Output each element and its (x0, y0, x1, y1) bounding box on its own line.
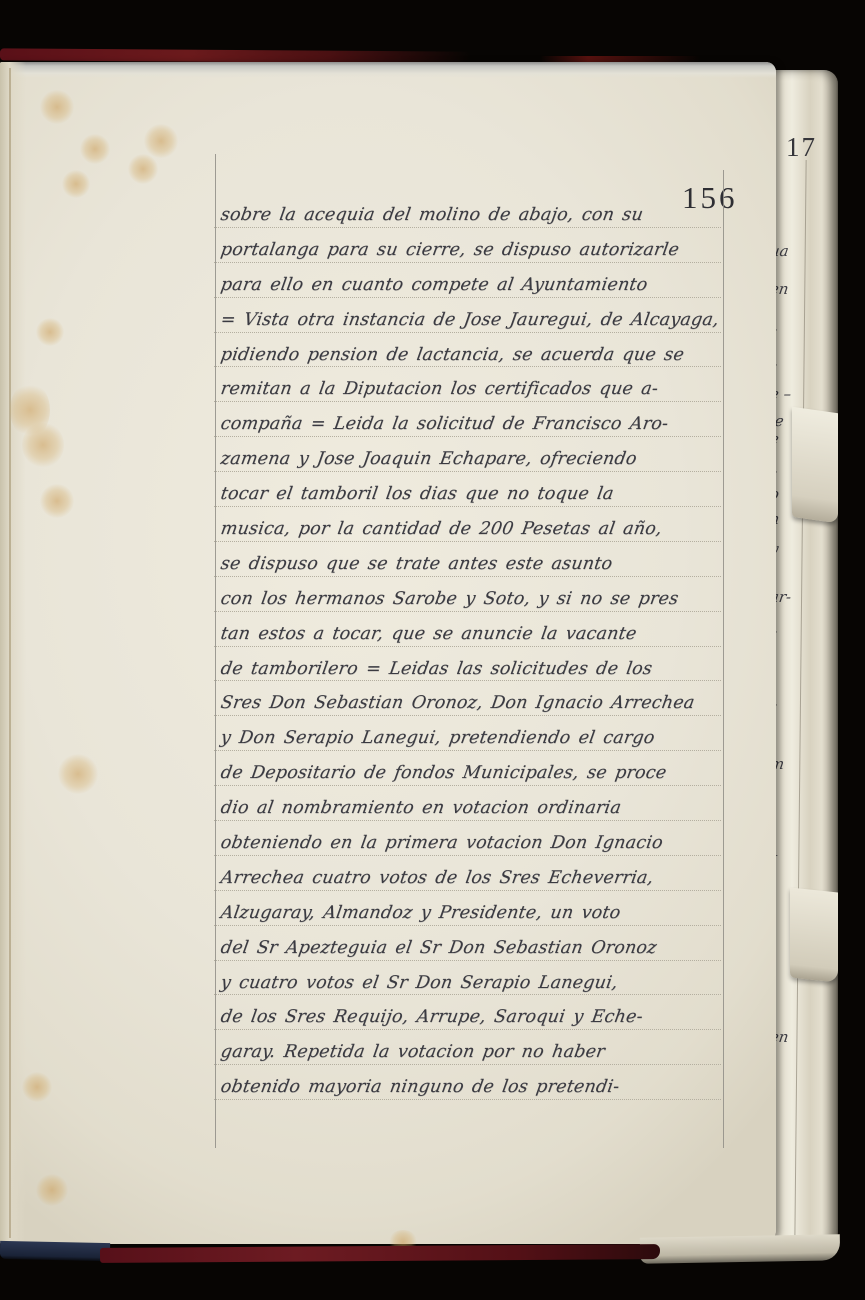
folded-page-corner (792, 407, 838, 523)
manuscript-line: zamena y Jose Joaquin Echapare, ofrecien… (218, 442, 723, 477)
foxing-stain (36, 1174, 68, 1206)
page-top-edge-highlight (0, 62, 776, 78)
manuscript-line: garay. Repetida la votacion por no haber (218, 1035, 723, 1070)
manuscript-line: portalanga para su cierre, se dispuso au… (218, 233, 723, 268)
foxing-stain (36, 318, 64, 346)
photo-of-open-ledger-book: 17 ua en – – e – le e – o h y ar- – l – … (0, 0, 865, 1300)
book-cover-bottom-edge-blue (0, 1241, 110, 1261)
manuscript-line: dio al nombramiento en votacion ordinari… (218, 791, 723, 826)
foxing-stain (128, 154, 158, 184)
manuscript-line: Arrechea cuatro votos de los Sres Echeve… (218, 861, 723, 896)
foxing-stain (22, 1072, 52, 1102)
foxing-stain (144, 124, 178, 158)
left-margin-rule (215, 154, 216, 1148)
manuscript-line: remitan a la Diputacion los certificados… (218, 372, 723, 407)
manuscript-line: musica, por la cantidad de 200 Pesetas a… (218, 512, 723, 547)
foxing-stain (22, 422, 64, 468)
manuscript-line: con los hermanos Sarobe y Soto, y si no … (218, 582, 723, 617)
page-stack-bottom-edge (640, 1234, 840, 1263)
manuscript-line: obtenido mayoria ninguno de los pretendi… (218, 1070, 723, 1105)
manuscript-line: de tamborilero = Leidas las solicitudes … (218, 652, 723, 687)
manuscript-line: y cuatro votos el Sr Don Serapio Lanegui… (218, 966, 723, 1001)
foxing-stain (58, 754, 98, 794)
next-page-number: 17 (786, 132, 817, 163)
manuscript-line: tan estos a tocar, que se anuncie la vac… (218, 617, 723, 652)
manuscript-line: de Depositario de fondos Municipales, se… (218, 756, 723, 791)
foxing-stain (40, 484, 74, 518)
manuscript-line: y Don Serapio Lanegui, pretendiendo el c… (218, 721, 723, 756)
foxing-stain (80, 134, 110, 164)
right-margin-rule (723, 170, 724, 1148)
book-cover-bottom-edge-red (100, 1244, 660, 1263)
foxing-stain (62, 170, 90, 198)
manuscript-line: para ello en cuanto compete al Ayuntamie… (218, 268, 723, 303)
manuscript-line: se dispuso que se trate antes este asunt… (218, 547, 723, 582)
handwritten-text-block: sobre la acequia del molino de abajo, co… (218, 198, 723, 1105)
manuscript-line: = Vista otra instancia de Jose Jauregui,… (218, 303, 723, 338)
manuscript-line: sobre la acequia del molino de abajo, co… (218, 198, 723, 233)
manuscript-line: Alzugaray, Almandoz y Presidente, un vot… (218, 896, 723, 931)
manuscript-line: obteniendo en la primera votacion Don Ig… (218, 826, 723, 861)
manuscript-line: Sres Don Sebastian Oronoz, Don Ignacio A… (218, 686, 723, 721)
manuscript-line: de los Sres Requijo, Arrupe, Saroqui y E… (218, 1000, 723, 1035)
next-page-margin-line (794, 160, 806, 1240)
manuscript-page: 156 sobre la acequia del molino de abajo… (0, 62, 776, 1244)
manuscript-line: del Sr Apezteguia el Sr Don Sebastian Or… (218, 931, 723, 966)
manuscript-line: pidiendo pension de lactancia, se acuerd… (218, 338, 723, 373)
gutter-fold-line (9, 68, 11, 1238)
foxing-stain (40, 90, 74, 124)
folded-page-corner (790, 887, 838, 982)
binding-gutter-shadow (0, 62, 26, 1244)
manuscript-line: tocar el tamboril los dias que no toque … (218, 477, 723, 512)
manuscript-line: compaña = Leida la solicitud de Francisc… (218, 407, 723, 442)
